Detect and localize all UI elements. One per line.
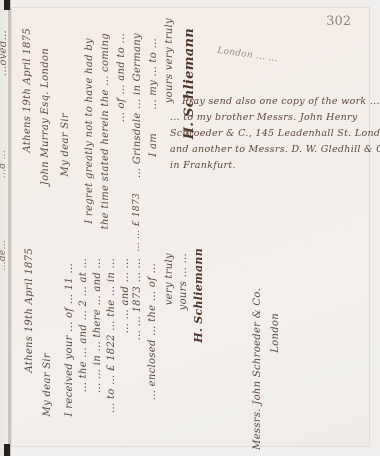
letter-page: 302 Athens 19th April 1875 John Murray E… xyxy=(12,8,369,446)
margin-fragment: ...d ... xyxy=(0,150,8,178)
margin-fragment: ...oved... xyxy=(0,30,9,76)
letter1-body-line: ... my ... to ... xyxy=(148,38,159,110)
letter3-body-line: in Frankfurt. xyxy=(170,160,236,171)
letter1-body-line: ... of ... and to ... xyxy=(116,33,127,122)
letter1-dateline: Athens 19th April 1875 xyxy=(22,28,33,153)
letter2-closing: very truly xyxy=(164,253,175,305)
letter2-body-line: ... to ... £ 1822 ... the ... in ... xyxy=(106,258,117,413)
address-line: London xyxy=(270,313,281,353)
letter2-dateline: Athens 19th April 1875 xyxy=(24,248,35,373)
page-number: 302 xyxy=(326,14,351,29)
letter3-body-line: and another to Messrs. D. W. Gledhill & … xyxy=(170,144,380,155)
letter3-header: London ... ... xyxy=(217,46,279,64)
letter1-body-line: the time stated herein the ... coming xyxy=(100,33,111,229)
letter1-body-line: ... Grinsdale ... in Germany xyxy=(132,33,143,178)
letter2-body-line: I received your ... of ... 11 ... xyxy=(64,263,75,416)
letter1-closing: yours very truly xyxy=(164,18,175,103)
letter2-body-line: ... the ... and ... 2 ... at ... xyxy=(78,258,89,392)
letter2-body-line: ... ... 1873 ... ... xyxy=(132,258,143,340)
address-line: Messrs. John Schroeder & Co. xyxy=(252,288,263,450)
letter3-body-line: Schroeder & C., 145 Leadenhall St. Londo… xyxy=(170,128,380,139)
letter2-body-line: ... ... in ... there ... and ... xyxy=(92,258,103,393)
letter3-body-line: Pray send also one copy of the work ... xyxy=(182,96,380,107)
letter1-salutation: My dear Sir xyxy=(60,113,71,176)
letter1-body-line: I am xyxy=(148,133,159,157)
letter2-signature: H. Schliemann xyxy=(192,248,205,343)
letter2-body-line: ... ... £ 1873 xyxy=(132,193,142,252)
letter2-body-line: ... ... and ... ... xyxy=(120,258,131,333)
letter1-addressee: John Murray Esq. London xyxy=(40,48,51,185)
scan-marker-top xyxy=(4,0,10,10)
margin-fragment: ...de... xyxy=(0,240,8,271)
letter2-closing-2: yours ... ... xyxy=(178,253,189,310)
letter2-salutation: My dear Sir xyxy=(42,353,53,416)
letter1-body-line: I regret greatly not to have had by xyxy=(84,38,95,224)
scan-marker-bottom xyxy=(4,444,10,456)
letter2-postscript: ... enclosed ... the ... of ... xyxy=(147,263,158,400)
letter3-body-line: ... to my brother Messrs. John Henry xyxy=(170,112,358,123)
